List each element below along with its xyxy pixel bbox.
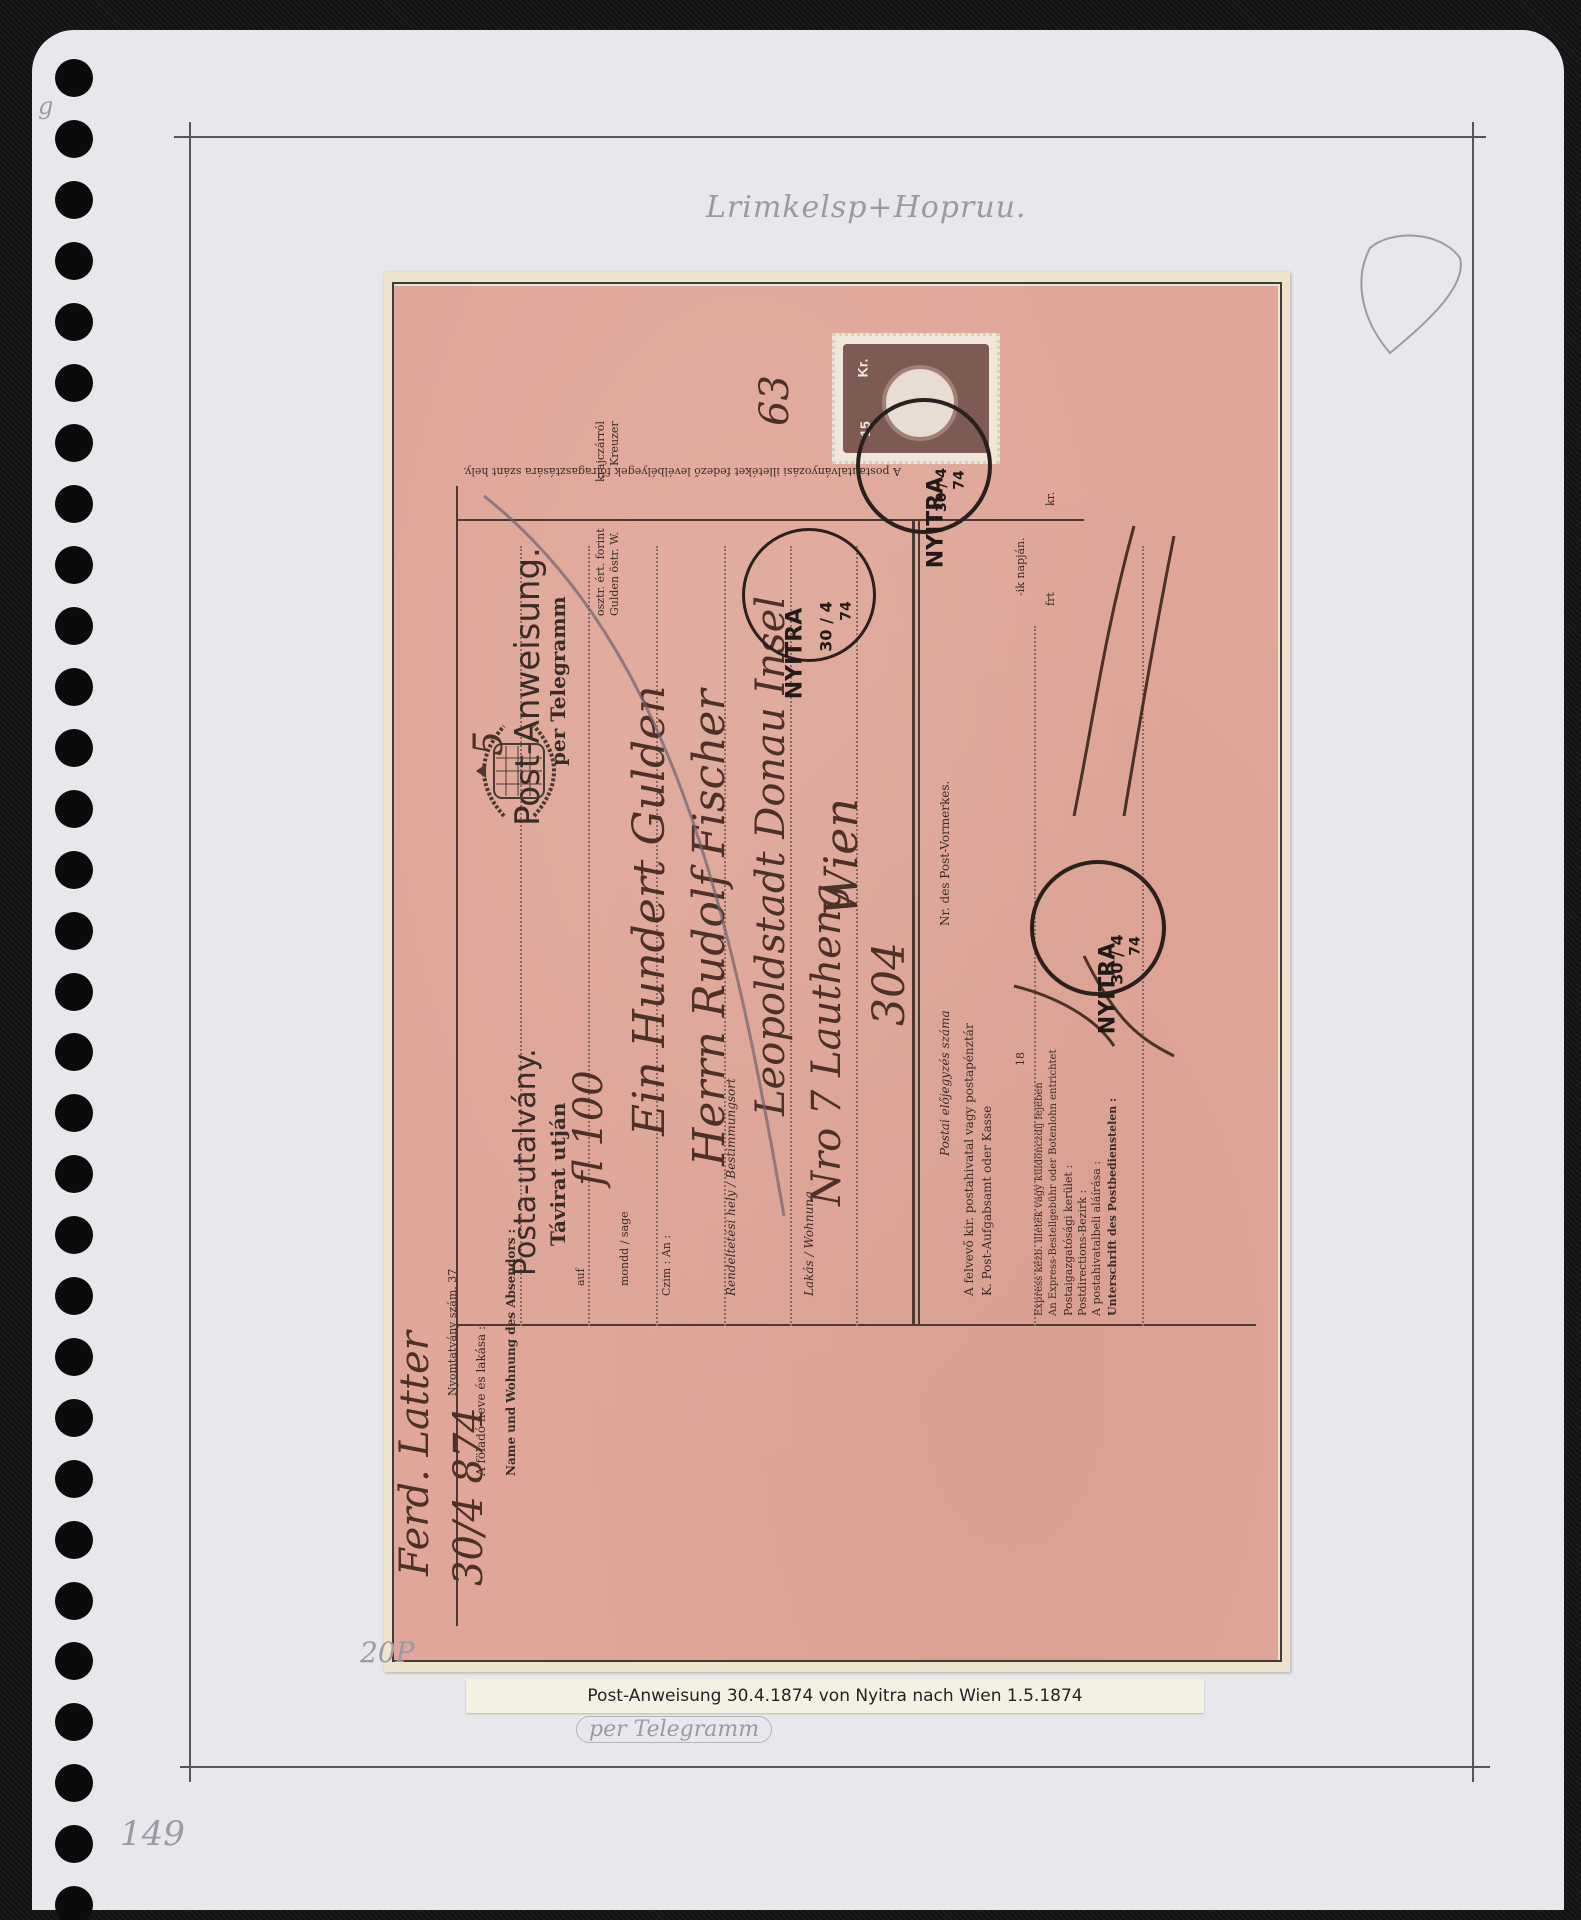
label-lakas: Lakás / Wohnung <box>802 1191 816 1296</box>
punch-hole <box>55 607 93 645</box>
label-express-de: An Express-Bestellgebühr oder Botenlohn … <box>1048 1050 1059 1317</box>
punch-hole <box>55 668 93 706</box>
label-unterschrift: Unterschrift des Postbedienstelen : <box>1106 1098 1119 1316</box>
label-eloegyzes: Postai előjegyzés száma <box>938 1010 952 1156</box>
form-number: Nyomtatvány szám. 37 <box>446 1269 459 1396</box>
punch-hole <box>55 1399 93 1437</box>
punch-hole <box>55 303 93 341</box>
label-igazgatosagi: Postaigazgatósági kerület : <box>1062 1165 1075 1316</box>
punch-hole <box>55 1521 93 1559</box>
handwritten-number: 63 <box>752 375 798 426</box>
form-mid-rule <box>912 519 915 1324</box>
label-kr: kr. <box>1044 492 1057 506</box>
punch-hole <box>55 242 93 280</box>
handwritten-date: 30/4 874 <box>446 1407 492 1586</box>
postmark-middle: NYITRA 30 / 4 74 <box>742 528 876 662</box>
label-directions: Postdirections-Bezirk : <box>1076 1190 1089 1316</box>
punch-hole <box>55 364 93 402</box>
punch-hole <box>55 1582 93 1620</box>
punch-hole <box>55 1338 93 1376</box>
punch-hole <box>55 546 93 584</box>
punch-hole <box>55 59 93 97</box>
handwritten-vormerk-no: 304 <box>864 942 915 1026</box>
punch-hole <box>55 790 93 828</box>
sender-label-de: Name und Wohnung des Absendors : <box>504 1229 518 1476</box>
top-pencil-note: Lrimkelsp+Hopruu. <box>706 190 1027 225</box>
frame-right-line <box>1472 122 1474 1782</box>
form-mid-rule-2 <box>918 519 920 1324</box>
punch-hole <box>55 120 93 158</box>
label-express: Express kézb. illeték vagy küldönczdíj f… <box>1034 1082 1045 1316</box>
album-caption: Post-Anweisung 30.4.1874 von Nyitra nach… <box>466 1679 1204 1713</box>
punch-hole <box>55 851 93 889</box>
frame-top-line <box>174 136 1486 138</box>
handwritten-city: Wien <box>814 798 868 916</box>
label-aufgabsamt: K. Post-Aufgabsamt oder Kasse <box>980 1106 994 1296</box>
label-kreuzer: Kreuzer <box>608 421 621 466</box>
punch-hole <box>55 729 93 767</box>
punch-hole <box>55 1460 93 1498</box>
label-czim: Czim : An : <box>660 1235 673 1296</box>
dotted-rule <box>856 546 858 1326</box>
corner-pencil-mark: g <box>38 92 53 120</box>
frame-left-line <box>189 122 191 1782</box>
punch-hole <box>55 1155 93 1193</box>
price-pencil: 20P <box>360 1636 414 1669</box>
punch-hole <box>55 912 93 950</box>
frame-bottom-line <box>180 1766 1490 1768</box>
stamp-currency: Kr. <box>854 359 870 378</box>
punch-hole <box>55 1886 93 1920</box>
postmark-top: NYITRA 30 / 4 74 <box>856 398 992 534</box>
punch-hole <box>55 1277 93 1315</box>
page-number-pencil: 149 <box>120 1814 185 1854</box>
punch-hole <box>55 181 93 219</box>
handwritten-sender: Ferd. Latter <box>392 1331 438 1576</box>
label-alairas: A postahivatalbeli aláírása : <box>1090 1161 1103 1316</box>
caption-sub-pencil: per Telegramm <box>576 1716 772 1743</box>
punch-hole <box>55 1825 93 1863</box>
punch-hole <box>55 1216 93 1254</box>
label-auf: auf <box>574 1268 587 1286</box>
label-vormerk: Nr. des Post-Vormerkes. <box>938 781 952 926</box>
punch-hole <box>55 973 93 1011</box>
punch-hole <box>55 1764 93 1802</box>
pencil-heart-sketch <box>1350 228 1470 358</box>
postmark-bottom: NYITRA 30 / 4 74 <box>1030 860 1166 996</box>
handwritten-street2: Nro 7 Lautheng <box>804 884 850 1206</box>
